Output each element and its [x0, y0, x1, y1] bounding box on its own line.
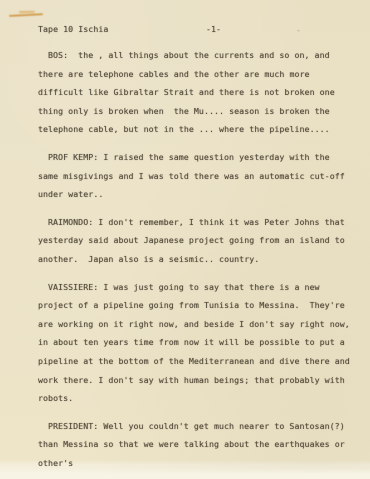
scribble-stroke	[19, 11, 35, 13]
scanned-typewritten-page: Tape 10 Ischia -1- - BOS: the , all thin…	[0, 0, 370, 479]
tape-title: Tape 10 Ischia	[38, 24, 108, 34]
speaker-label: VAISSIERE:	[48, 282, 98, 292]
transcript-paragraph: PRESIDENT: Well you couldn't get much ne…	[38, 417, 350, 473]
speaker-label: PRESIDENT:	[48, 421, 98, 431]
orange-pencil-scribble-mark	[9, 10, 45, 19]
transcript-paragraph: RAIMONDO: I don't remember, I think it w…	[38, 213, 350, 269]
transcript-body: BOS: the , all things about the currents…	[38, 46, 350, 479]
paragraph-text: the , all things about the currents and …	[38, 50, 340, 134]
paragraph-text: I was just going to say that there is a …	[38, 282, 355, 404]
page-number: -1-	[206, 24, 221, 34]
transcript-paragraph: BOS: the , all things about the currents…	[38, 46, 350, 139]
scanner-edge-band	[0, 468, 370, 479]
transcript-paragraph: VAISSIERE: I was just going to say that …	[38, 278, 350, 408]
page-header: Tape 10 Ischia -1- -	[38, 24, 338, 36]
transcript-paragraph: PROF KEMP: I raised the same question ye…	[38, 148, 350, 204]
speaker-label: RAIMONDO:	[48, 217, 93, 227]
scribble-stroke	[9, 13, 43, 17]
speaker-label: BOS:	[48, 50, 68, 60]
faint-dash-mark: -	[296, 25, 301, 35]
speaker-label: PROF KEMP:	[48, 152, 98, 162]
